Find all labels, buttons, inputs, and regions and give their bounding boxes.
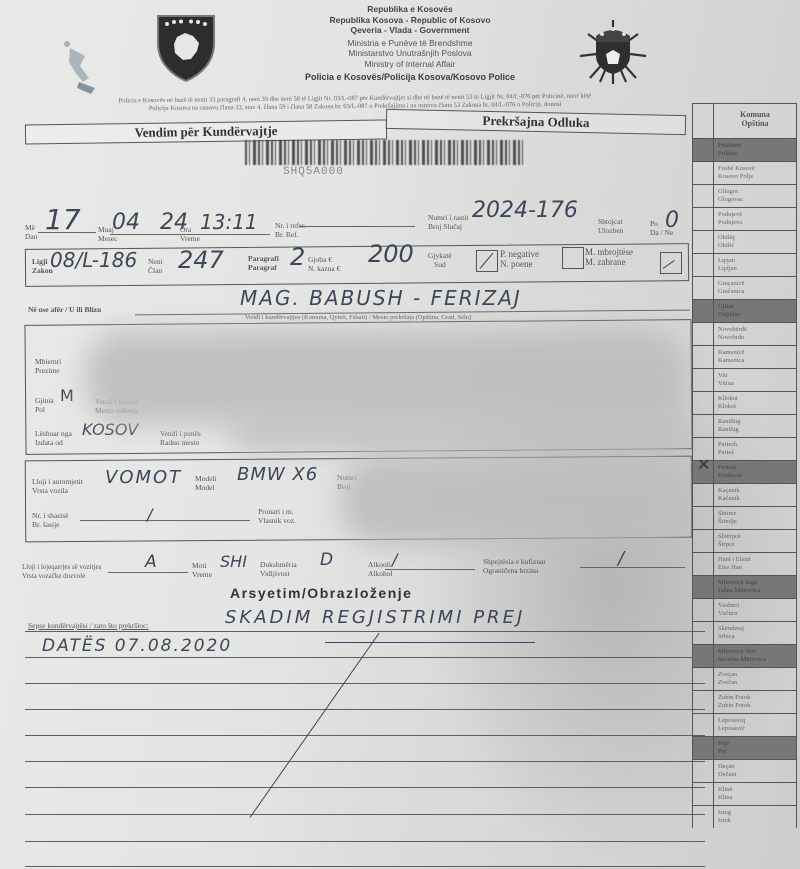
municipality-checkbox[interactable] xyxy=(693,530,714,552)
municipality-row[interactable]: LeposaviqLeposavić xyxy=(692,713,797,736)
municipality-name: ParteshParteš xyxy=(714,438,796,460)
municipality-table: KomunaOpština PrishtinëPrištinaFushë Kos… xyxy=(692,103,797,828)
alcohol-value: / xyxy=(392,550,397,569)
municipality-row[interactable]: PrishtinëPriština xyxy=(692,138,797,161)
municipality-checkbox[interactable] xyxy=(693,185,714,207)
municipality-row[interactable]: Hani i ElezitElez Han xyxy=(692,552,797,575)
month-value: 04 xyxy=(112,210,140,235)
kosovo-coat-of-arms-icon xyxy=(155,13,217,83)
municipality-checkbox[interactable] xyxy=(693,300,714,322)
municipality-checkbox[interactable] xyxy=(693,783,714,805)
municipality-name: Mitrovicë VeriSeverna Mitrovica xyxy=(714,645,796,667)
municipality-name: KamenicëKamenica xyxy=(714,346,796,368)
paragraph-label: ParagrafiParagraf xyxy=(248,255,279,272)
court-label: GjykatëSud xyxy=(428,252,452,269)
municipality-name: Mitrovicë JuguJužna Mitrovica xyxy=(714,576,796,598)
municipality-header: KomunaOpština xyxy=(692,103,797,138)
municipality-name: KaçanikKačanik xyxy=(714,484,796,506)
kosovo-police-badge-icon xyxy=(578,14,648,86)
municipality-checkbox[interactable] xyxy=(693,714,714,736)
header-government: Qeveria - Vlada - Government xyxy=(290,25,530,36)
municipality-name: KllokotKlokot xyxy=(714,392,796,414)
municipality-checkbox[interactable] xyxy=(693,277,714,299)
municipality-row[interactable]: Mitrovicë VeriSeverna Mitrovica xyxy=(692,644,797,667)
barcode xyxy=(245,140,525,165)
municipality-checkbox[interactable]: ✕ xyxy=(693,461,714,483)
municipality-row[interactable]: LipjanLipljan xyxy=(692,253,797,276)
surname-label: MbiemriPrezime xyxy=(35,358,61,375)
municipality-name: GllogocGlogovac xyxy=(714,185,796,207)
municipality-name: Zubin PotokZubin Potok xyxy=(714,691,796,713)
municipality-checkbox[interactable] xyxy=(693,139,714,161)
municipality-row[interactable]: KlinëKlina xyxy=(692,782,797,805)
municipality-row[interactable]: GraçanicëGračanica xyxy=(692,276,797,299)
municipality-name: ShtërpcëŠtrpce xyxy=(714,530,796,552)
municipality-name: GjilanGnjilane xyxy=(714,300,796,322)
municipality-checkbox[interactable] xyxy=(693,392,714,414)
municipality-row[interactable]: KamenicëKamenica xyxy=(692,345,797,368)
speed-limit-value: / xyxy=(618,548,624,569)
municipality-row[interactable]: DeçanDečani xyxy=(692,759,797,782)
negative-points-checkbox[interactable] xyxy=(562,247,584,269)
vehicle-model-label: ModeliModel xyxy=(195,475,217,492)
redacted-personal-data xyxy=(85,330,685,425)
article-value: 247 xyxy=(178,246,224,274)
municipality-name: Hani i ElezitElez Han xyxy=(714,553,796,575)
municipality-checkbox[interactable] xyxy=(693,668,714,690)
license-category-value: A xyxy=(145,552,157,572)
municipality-checkbox[interactable] xyxy=(693,737,714,759)
header-ministry-sq: Ministria e Punëve të Brendshme xyxy=(290,38,530,49)
municipality-row[interactable]: PodujevëPodujevo xyxy=(692,207,797,230)
municipality-checkbox[interactable] xyxy=(693,231,714,253)
municipality-name: Fushë KosovëKosovo Polje xyxy=(714,162,796,184)
owner-label: Pronari i m.Vlasnik voz. xyxy=(258,508,296,525)
municipality-checkbox[interactable] xyxy=(693,369,714,391)
protective-ban-label: M. mbrojtëseM. zabrane xyxy=(585,247,633,267)
location-value: MAG. BABUSH - FERIZAJ xyxy=(240,286,522,310)
workplace-label: Vendi i punësRadno mesto xyxy=(160,430,201,447)
municipality-name: PrishtinëPriština xyxy=(714,139,796,161)
municipality-name: PodujevëPodujevo xyxy=(714,208,796,230)
license-issuer-label: Lëshuar ngaIzdata od xyxy=(35,430,72,447)
case-number-value: 2024-176 xyxy=(472,198,578,223)
municipality-row[interactable]: VitiVitina xyxy=(692,368,797,391)
municipality-name: VitiVitina xyxy=(714,369,796,391)
reasoning-line-2: DATËS 07.08.2020 xyxy=(42,636,232,656)
municipality-name: SkënderajSrbica xyxy=(714,622,796,644)
municipality-checkbox[interactable] xyxy=(693,691,714,713)
municipality-row[interactable]: GjilanGnjilane xyxy=(692,299,797,322)
legal-note: Policia e Kosovës në bazë të nenit 33 pa… xyxy=(20,91,690,114)
municipality-row[interactable]: ShtimeŠtimlje xyxy=(692,506,797,529)
municipality-name: LeposaviqLeposavić xyxy=(714,714,796,736)
municipality-checkbox[interactable] xyxy=(693,484,714,506)
municipality-row[interactable]: Mitrovicë JuguJužna Mitrovica xyxy=(692,575,797,598)
municipality-row[interactable]: IstogIstok xyxy=(692,805,797,828)
location-label: Në ose afër / U ili Blizu xyxy=(28,306,101,315)
header-ministry-sr: Ministarstvo Unutrašnjih Poslova xyxy=(290,48,530,59)
gender-label: GjiniaPol xyxy=(35,397,54,414)
reasoning-because-label: Sepse kundërvajtësi / zato što prekršioc… xyxy=(28,622,149,631)
gender-value: M xyxy=(60,386,74,405)
municipality-row[interactable]: KaçanikKačanik xyxy=(692,483,797,506)
visibility-value: D xyxy=(320,550,333,570)
municipality-name: GraçanicëGračanica xyxy=(714,277,796,299)
municipality-checkbox[interactable] xyxy=(693,760,714,782)
paragraph-value: 2 xyxy=(290,243,305,271)
license-category-label: Lloji i lejeqarrjes së vozitjesVrsta voz… xyxy=(22,563,101,580)
municipality-row[interactable]: GllogocGlogovac xyxy=(692,184,797,207)
law-value: 08/L-186 xyxy=(50,248,137,272)
municipality-checkbox[interactable] xyxy=(693,622,714,644)
municipality-row[interactable]: SkënderajSrbica xyxy=(692,621,797,644)
vehicle-type-value: VOMOT xyxy=(105,467,182,488)
municipality-row[interactable]: Fushë KosovëKosovo Polje xyxy=(692,161,797,184)
header-police: Policia e Kosovës/Policija Kosova/Kosovo… xyxy=(290,72,530,83)
attachments-label: ShtojcatUlozhen xyxy=(598,218,623,235)
municipality-name: FerizajUroševac xyxy=(714,461,796,483)
attachments-value: 0 xyxy=(665,208,679,233)
redacted-vehicle-data xyxy=(340,455,690,545)
header-ministry-en: Ministry of Internal Affair xyxy=(290,59,530,70)
municipality-checkbox[interactable] xyxy=(693,323,714,345)
municipality-name: IstogIstok xyxy=(714,806,796,828)
municipality-row[interactable]: ✕FerizajUroševac xyxy=(692,460,797,483)
redacted-personal-data-2 xyxy=(230,420,690,450)
municipality-checkbox[interactable] xyxy=(693,208,714,230)
vehicle-type-label: Lloji i automjetitVrsta vozila xyxy=(32,478,83,495)
municipality-row[interactable]: Zubin PotokZubin Potok xyxy=(692,690,797,713)
weather-value: SHI xyxy=(220,552,247,571)
municipality-name: ZveçanZvečan xyxy=(714,668,796,690)
municipality-row[interactable]: RanillugRanilug xyxy=(692,414,797,437)
citation-form: Republika e Kosovës Republika Kosova - R… xyxy=(0,0,800,869)
day-label: MëDan xyxy=(25,224,38,241)
chassis-value: / xyxy=(147,505,152,524)
barcode-number: SHQ5A000 xyxy=(283,166,344,178)
title-serbian: Prekršajna Odluka xyxy=(386,109,686,135)
municipality-name: VushtrriVučitrn xyxy=(714,599,796,621)
municipality-name: DeçanDečani xyxy=(714,760,796,782)
reference-label: Nr. i refer.Br. Ref. xyxy=(275,222,306,239)
municipality-checkbox[interactable] xyxy=(693,162,714,184)
weather-label: MotiVreme xyxy=(192,562,212,579)
municipality-checkbox[interactable] xyxy=(693,806,714,828)
municipality-checkbox[interactable] xyxy=(693,599,714,621)
municipality-row[interactable]: PejëPeć xyxy=(692,736,797,759)
municipality-name: ObiliqObilić xyxy=(714,231,796,253)
municipality-row[interactable]: ZveçanZvečan xyxy=(692,667,797,690)
municipality-checkbox[interactable] xyxy=(693,507,714,529)
municipality-name: RanillugRanilug xyxy=(714,415,796,437)
municipality-checkbox[interactable] xyxy=(693,415,714,437)
reasoning-cross-out-stroke xyxy=(250,633,380,818)
municipality-row[interactable]: ShtërpcëŠtrpce xyxy=(692,529,797,552)
municipality-name: PejëPeć xyxy=(714,737,796,759)
form-header: Republika e Kosovës Republika Kosova - R… xyxy=(290,4,530,83)
negative-points-label: P. negativeN. poene xyxy=(500,249,539,269)
time-value: 13:11 xyxy=(200,210,258,234)
municipality-checkbox[interactable] xyxy=(693,645,714,667)
reasoning-title: Arsyetim/Obrazloženje xyxy=(230,585,412,601)
reasoning-underline-stroke xyxy=(325,642,535,643)
chassis-label: Nr. i shasisëBr. šasije xyxy=(32,512,68,529)
eagle-emblem-icon xyxy=(55,38,105,98)
municipality-checkbox[interactable] xyxy=(693,553,714,575)
municipality-checkbox[interactable] xyxy=(693,576,714,598)
case-number-label: Numri i rastitBroj Slučaj xyxy=(428,214,468,231)
header-country: Republika e Kosovës xyxy=(290,4,530,15)
visibility-label: DukshmëriaVidljivost xyxy=(260,561,297,578)
article-label: NeniČlan xyxy=(148,258,163,275)
reasoning-line-1: SKADIM REGJISTRIMI PREJ xyxy=(225,607,525,628)
municipality-row[interactable]: KllokotKlokot xyxy=(692,391,797,414)
vehicle-model-value: BMW X6 xyxy=(237,464,318,485)
check-mark-icon: ✕ xyxy=(697,461,710,469)
fine-value: 200 xyxy=(368,240,414,268)
reference-field[interactable] xyxy=(300,226,415,227)
municipality-name: KlinëKlina xyxy=(714,783,796,805)
fine-label: Gjoba €N. kazna € xyxy=(308,256,340,273)
municipality-row[interactable]: ObiliqObilić xyxy=(692,230,797,253)
chassis-field[interactable] xyxy=(80,520,250,521)
municipality-row[interactable]: VushtrriVučitrn xyxy=(692,598,797,621)
municipality-name: LipjanLipljan xyxy=(714,254,796,276)
speed-limit-label: Shpejtësia e kufizuarOgraničena brzina xyxy=(483,558,546,575)
municipality-checkbox[interactable] xyxy=(693,346,714,368)
municipality-name: NovobërdëNovobrdo xyxy=(714,323,796,345)
municipality-row[interactable]: NovobërdëNovobrdo xyxy=(692,322,797,345)
header-country-multi: Republika Kosova - Republic of Kosovo xyxy=(290,15,530,26)
municipality-name: ShtimeŠtimlje xyxy=(714,507,796,529)
municipality-checkbox[interactable] xyxy=(693,254,714,276)
